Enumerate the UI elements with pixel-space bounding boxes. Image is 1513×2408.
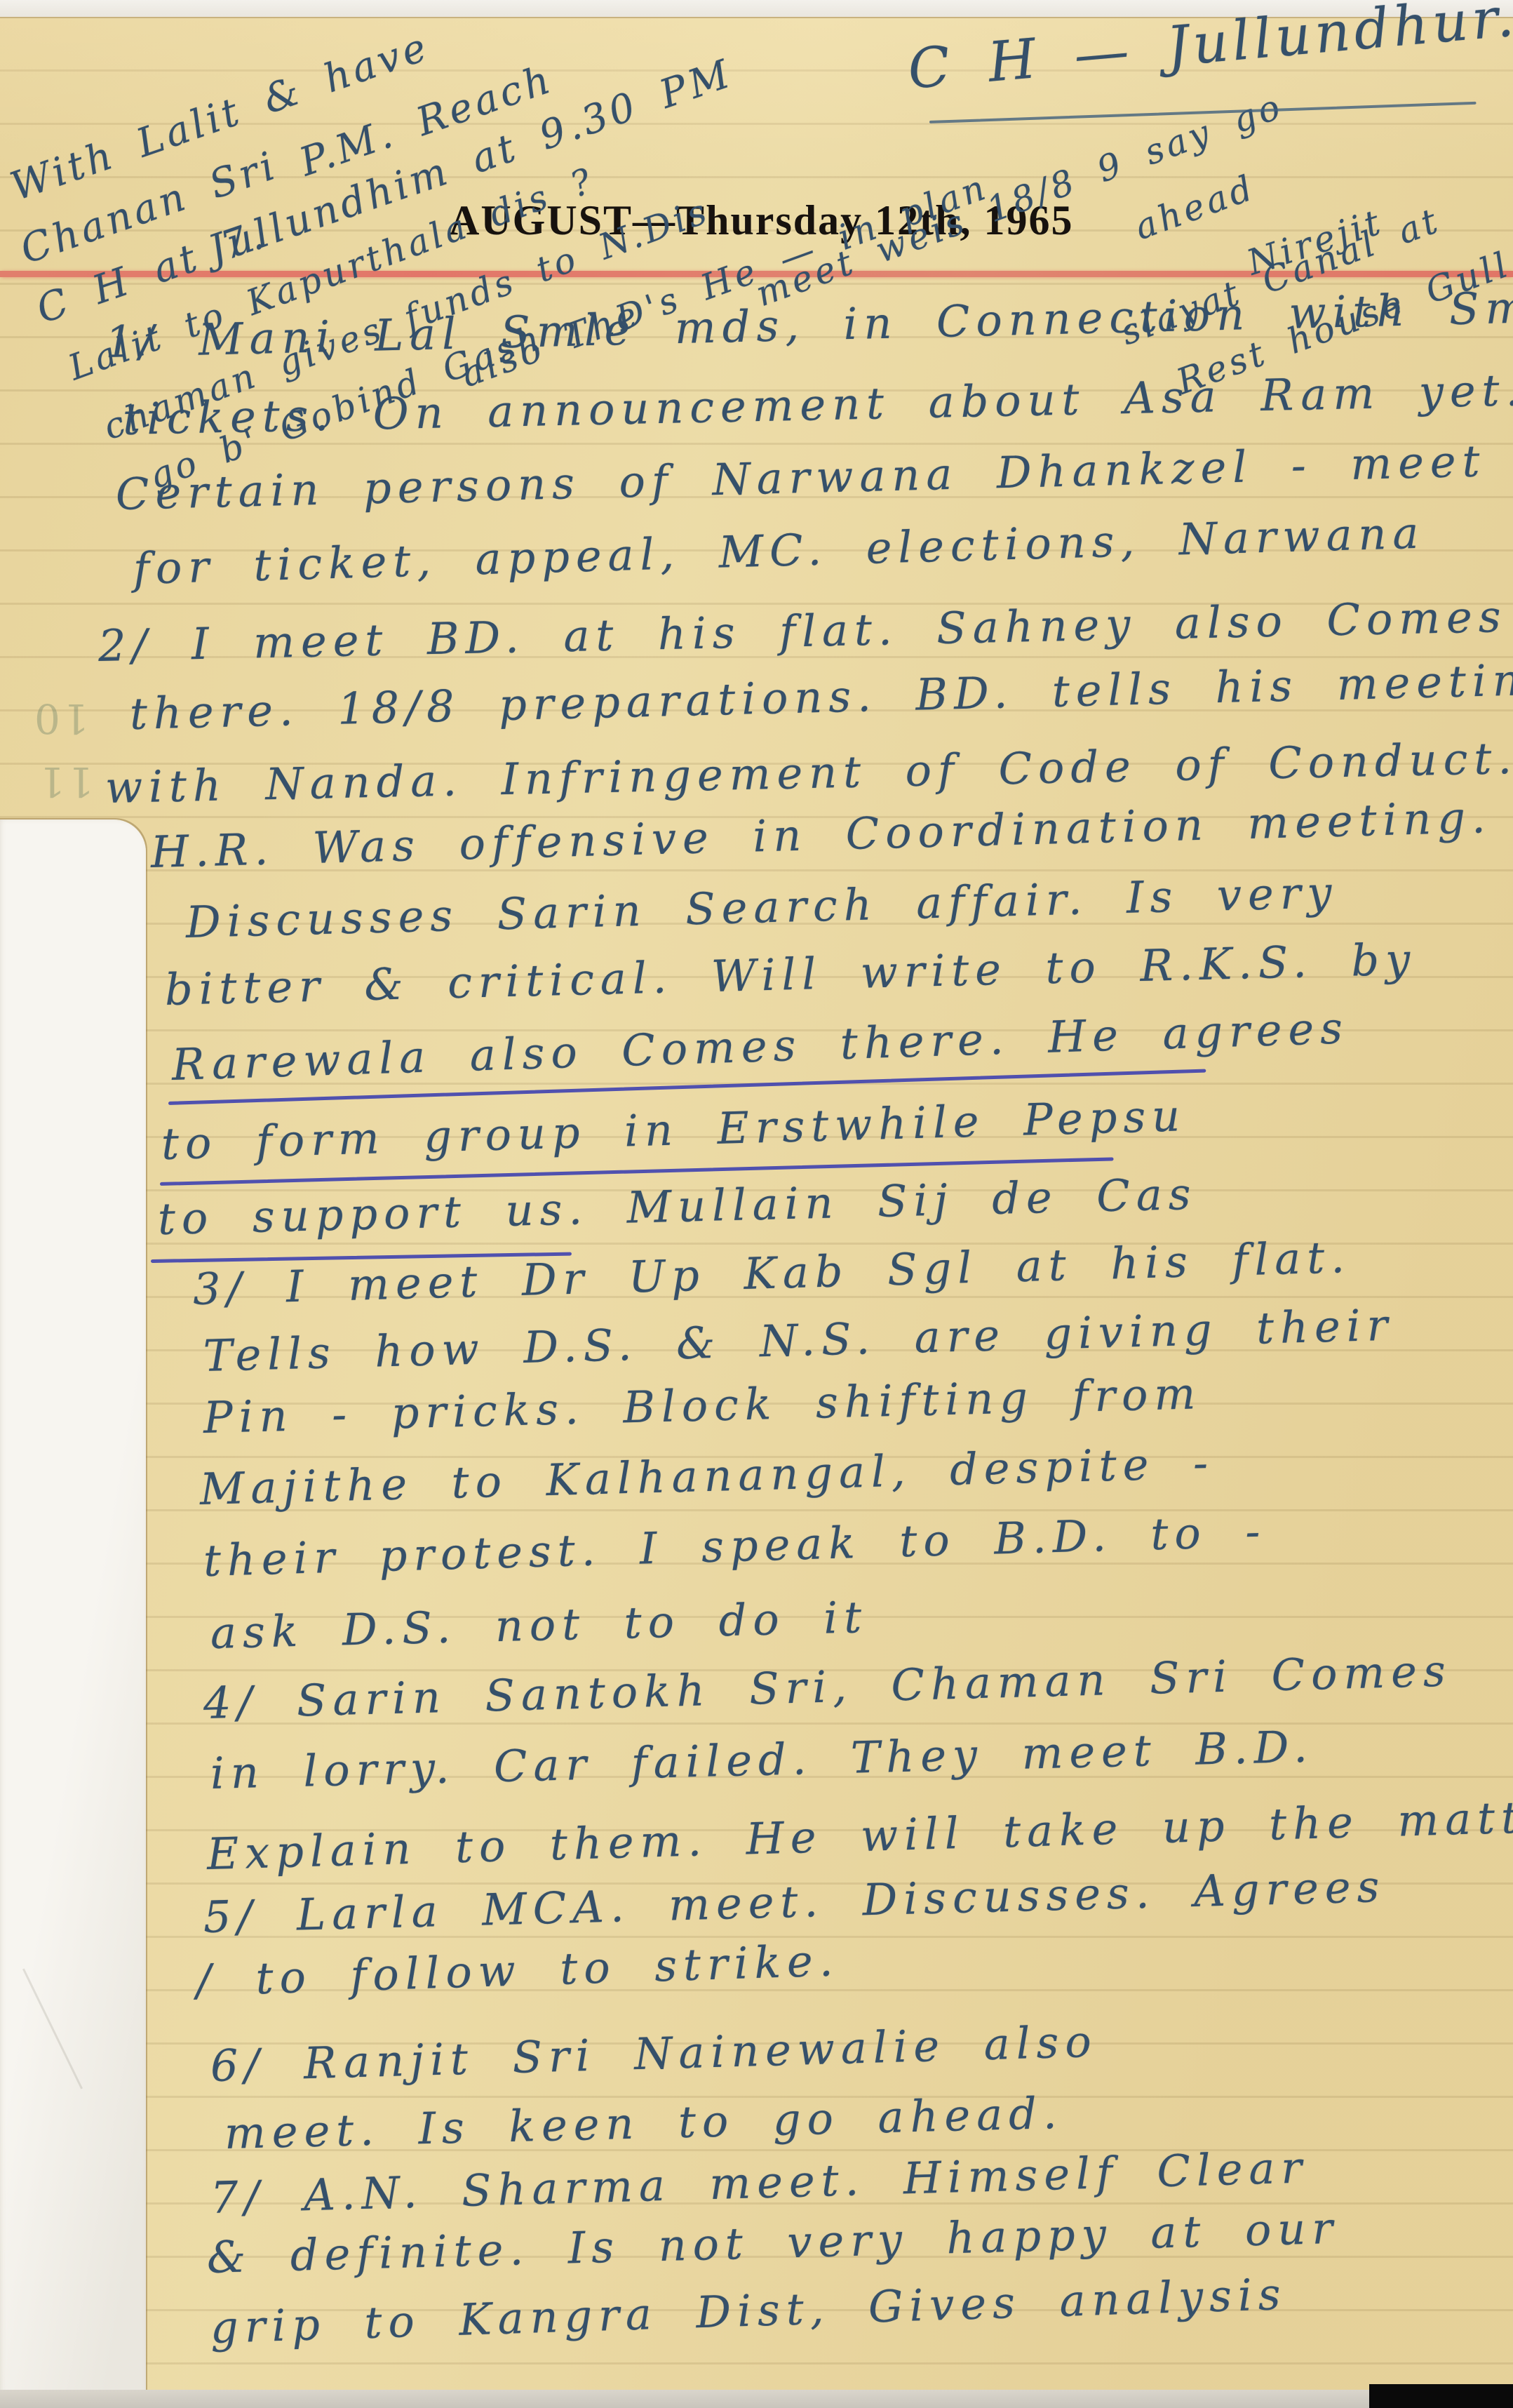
diary-entry-line: tickets. On announcement about Asa Ram y… <box>122 367 1513 442</box>
diary-entry-line: 5/ Larla MCA. meet. Discusses. Agrees <box>203 1864 1386 1940</box>
diary-entry-line: 3/ I meet Dr Up Kab Sgl at his flat. <box>192 1234 1352 1312</box>
diary-entry-line: / to follow to strike. <box>196 1937 840 2003</box>
diary-entry-line: 2/ I meet BD. at his flat. Sahney also C… <box>97 594 1507 669</box>
diary-entry-line: Majithe to Kalhanangal, despite - <box>199 1440 1215 1512</box>
handwriting-layer: C H — Jullundhur.With Lalit & haveChanan… <box>0 0 1513 2408</box>
annotation-line: ahead <box>1130 169 1260 246</box>
diary-entry-line: in lorry. Car failed. They meet B.D. <box>210 1724 1314 1797</box>
diary-entry-line: to form group in Erstwhile Pepsu <box>161 1092 1187 1167</box>
heading-annotation: C H — Jullundhur. <box>906 0 1513 100</box>
diary-entry-line: there. 18/8 preparations. BD. tells his … <box>129 656 1513 737</box>
diary-entry-line: Certain persons of Narwana Dhankzel - me… <box>115 438 1486 517</box>
diary-entry-line: Pin - pricks. Block shifting from <box>203 1370 1202 1440</box>
diary-entry-line: meet. Is keen to go ahead. <box>224 2090 1063 2156</box>
scanned-diary-page: AUGUST—Thursday 12th, 1965 C H — Jullund… <box>0 0 1513 2408</box>
diary-entry-line: 4/ Sarin Santokh Sri, Chaman Sri Comes <box>203 1647 1452 1726</box>
diary-entry-line: grip to Kangra Dist, Gives analysis <box>210 2271 1287 2350</box>
diary-entry-line: ask D.S. not to do it <box>210 1594 868 1656</box>
diary-entry-line: their protest. I speak to B.D. to - <box>203 1509 1267 1584</box>
diary-entry-line: 6/ Ranjit Sri Nainewalie also <box>210 2019 1098 2089</box>
showthrough-numeral: 10 <box>32 695 89 742</box>
diary-entry-line: Tells how D.S. & N.S. are giving their <box>203 1302 1394 1379</box>
diary-entry-line: bitter & critical. Will write to R.K.S. … <box>164 936 1417 1012</box>
diary-entry-line: Rarewala also Comes there. He agrees <box>171 1005 1350 1088</box>
showthrough-numeral: 11 <box>36 758 94 805</box>
diary-entry-line: Discusses Sarin Search affair. Is very <box>185 869 1338 945</box>
diary-entry-line: for ticket, appeal, MC. elections, Narwa… <box>133 510 1425 592</box>
